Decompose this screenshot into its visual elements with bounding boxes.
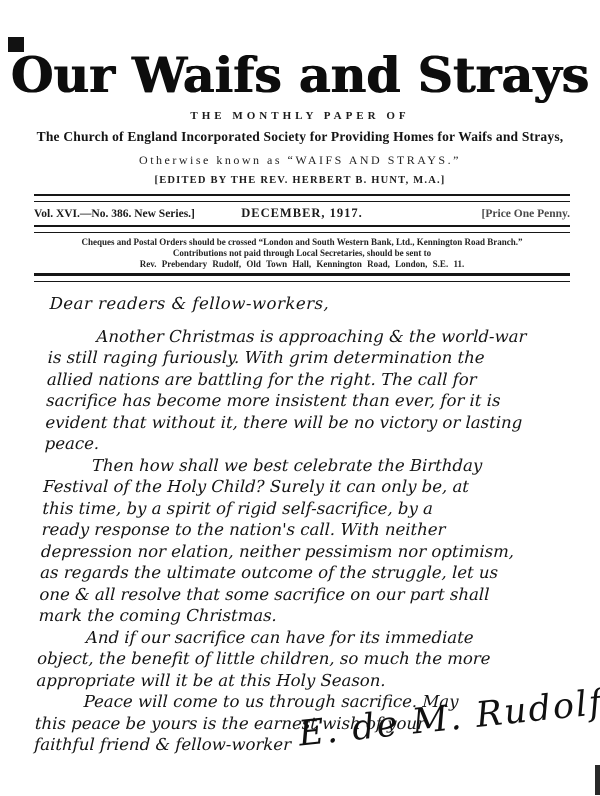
letter-line: as regards the ultimate outcome of the s… [40, 562, 557, 584]
paper-title: Our Waifs and Strays [0, 50, 600, 101]
society-name: The Church of England Incorporated Socie… [0, 129, 600, 145]
letter-line: peace. [44, 433, 561, 455]
letter-line: And if our sacrifice can have for its im… [38, 627, 555, 649]
scan-artifact-square [8, 37, 24, 52]
letter-line: depression nor elation, neither pessimis… [41, 541, 558, 563]
letter-line: is still raging furiously. With grim det… [47, 347, 564, 369]
letter-line: Festival of the Holy Child? Surely it ca… [43, 476, 560, 498]
letter-line: Another Christmas is approaching & the w… [48, 326, 565, 348]
double-rule-middle [34, 225, 570, 233]
letter-line: Then how shall we best celebrate the Bir… [44, 455, 561, 477]
letter-line: evident that without it, there will be n… [45, 412, 562, 434]
issue-price: [Price One Penny. [363, 208, 570, 220]
notice-line-3: Rev. Prebendary Rudolf, Old Town Hall, K… [34, 259, 570, 270]
volume-number: Vol. XVI.—No. 386. New Series.] [34, 208, 241, 220]
letter-body: Another Christmas is approaching & the w… [34, 326, 565, 756]
letter-line: appropriate will it be at this Holy Seas… [36, 670, 553, 692]
letter-line: mark the coming Christmas. [38, 605, 555, 627]
issue-date: DECEMBER, 1917. [241, 206, 363, 221]
scanned-page: Our Waifs and Strays THE MONTHLY PAPER O… [0, 0, 600, 796]
double-rule-top [34, 194, 570, 202]
handwritten-letter: Dear readers & fellow-workers, Another C… [34, 293, 566, 756]
payment-notice: Cheques and Postal Orders should be cros… [34, 237, 570, 270]
letter-line: object, the benefit of little children, … [37, 648, 554, 670]
issue-bar: Vol. XVI.—No. 386. New Series.] DECEMBER… [34, 206, 570, 221]
letter-line: this time, by a spirit of rigid self-sac… [42, 498, 559, 520]
letter-salutation: Dear readers & fellow-workers, [49, 293, 566, 315]
alias-line: Otherwise known as “WAIFS AND STRAYS.” [0, 153, 600, 168]
paper-subtitle: THE MONTHLY PAPER OF [0, 110, 600, 122]
letter-line: sacrifice has become more insistent than… [46, 390, 563, 412]
letter-line: one & all resolve that some sacrifice on… [39, 584, 556, 606]
scan-artifact-edge [595, 765, 600, 795]
letter-line: faithful friend & fellow-worker [34, 734, 551, 756]
double-rule-bottom [34, 273, 570, 282]
notice-line-2: Contributions not paid through Local Sec… [34, 248, 570, 259]
letter-line: ready response to the nation's call. Wit… [41, 519, 558, 541]
notice-line-1: Cheques and Postal Orders should be cros… [34, 237, 570, 248]
letter-line: allied nations are battling for the righ… [47, 369, 564, 391]
editor-line: [EDITED BY THE REV. HERBERT B. HUNT, M.A… [0, 175, 600, 186]
